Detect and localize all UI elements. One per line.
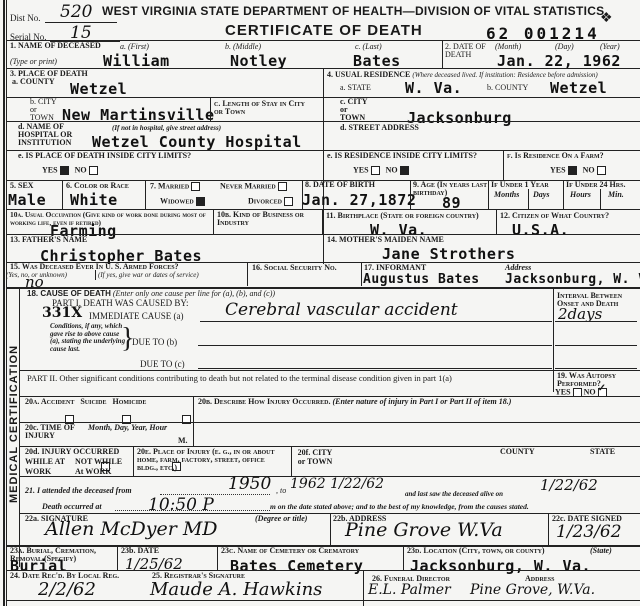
armed-forces-hint2: (If yes, give war or dates of service) (98, 271, 199, 279)
race-label: 6. Color or Race (66, 182, 129, 190)
time-of-injury-hint: Month, Day, Year, Hour (88, 424, 167, 432)
death-certificate: Dist No. 520 Serial No. 15 WEST VIRGINIA… (0, 0, 640, 606)
divorced-checkbox[interactable] (284, 197, 293, 206)
length-of-stay-label: c. Length of Stay in City or Town (214, 100, 314, 116)
last-saw-value: 1/22/62 (540, 476, 598, 494)
day-label: (Day) (555, 43, 574, 51)
residence-state-value: W. Va. (405, 79, 462, 97)
to-label: , to (276, 487, 286, 495)
mother-name-label: 14. MOTHER'S MAIDEN NAME (327, 236, 444, 244)
informant-address-label: Address (505, 264, 531, 272)
street-address-label: d. STREET ADDRESS (340, 124, 419, 132)
death-occurred-rest: m on the date stated above; and to the b… (270, 503, 529, 511)
death-county-label: a. COUNTY (12, 78, 55, 86)
disposition-date-label: 23b. DATE (121, 547, 159, 555)
death-city-limits-yes-checkbox[interactable] (60, 166, 69, 175)
attended-label: 21. I attended the deceased from (25, 487, 132, 495)
medical-certification-sidebar: MEDICAL CERTIFICATION (4, 300, 18, 570)
business-label: 10b. Kind of Business or Industry (217, 211, 307, 227)
married-label: 7. Married (150, 182, 200, 191)
never-married-label: Never Married (220, 182, 287, 191)
informant-value: Augustus Bates (363, 272, 480, 287)
last-name-label: c. (Last) (355, 43, 382, 51)
first-name-label: a. (First) (120, 43, 149, 51)
date-of-death-label: 2. DATE OF DEATH (445, 43, 500, 59)
birthplace-label: 11. Birthplace (State or foreign country… (326, 212, 479, 220)
sex-value: Male (8, 191, 46, 209)
month-label: (Month) (495, 43, 521, 51)
residence-city-value: Jacksonburg (407, 109, 512, 127)
registrar-signature-value: Maude A. Hawkins (150, 579, 322, 600)
cemetery-state-label: (State) (590, 547, 612, 555)
injury-occurred-label: 20d. INJURY OCCURRED (25, 448, 119, 456)
death-city-limits-checkboxes: YES NO (42, 166, 98, 175)
usual-residence-label: 4. USUAL RESIDENCE (Where deceased lived… (327, 71, 598, 79)
under-24-hours-label: If Under 24 Hrs. (566, 181, 625, 189)
injury-description-label: 20b. Describe How Injury Occurred. (Ente… (198, 398, 511, 406)
cemetery-label: 23c. Name of Cemetery or Crematory (221, 547, 359, 555)
residence-county-label: b. COUNTY (487, 84, 528, 92)
date-of-birth-label: 8. DATE OF BIRTH (305, 181, 375, 189)
residence-state-label: a. STATE (340, 84, 371, 92)
death-city-limits-no-checkbox[interactable] (89, 166, 98, 175)
residence-city-label: c. CITY or TOWN (340, 98, 370, 122)
death-county-value: Wetzel (70, 80, 127, 98)
attended-from-value: 1950 (228, 474, 271, 494)
informant-label: 17. INFORMANT (364, 264, 426, 272)
item1-label: 1. NAME OF DECEASED (10, 42, 101, 50)
residence-city-limits-label: e. IS RESIDENCE INSIDE CITY LIMITS? (327, 152, 477, 160)
widowed-checkbox[interactable] (196, 197, 205, 206)
residence-city-limits-no-checkbox[interactable] (400, 166, 409, 175)
conditions-note: Conditions, if any, which gave rise to a… (50, 323, 126, 353)
state-seal-icon: ❖ (600, 10, 613, 27)
residence-city-limits-yes-checkbox[interactable] (371, 166, 380, 175)
signature-value: Allen McDyer MD (45, 518, 218, 540)
cemetery-location-value: Jacksonburg, W. Va. (410, 557, 591, 575)
hours-label: Hours (570, 191, 591, 199)
agency-heading: WEST VIRGINIA STATE DEPARTMENT OF HEALTH… (102, 4, 604, 18)
funeral-director-value: E.L. Palmer (368, 582, 451, 598)
attended-to-value: 1962 1/22/62 (290, 476, 384, 492)
days-label: Days (533, 191, 549, 199)
part2-label: PART II. Other significant conditions co… (27, 374, 452, 382)
year-label: (Year) (600, 43, 620, 51)
not-while-at-work-label: NOT WHILE At WORK (75, 457, 130, 477)
race-value: White (70, 191, 118, 209)
due-to-c-label: DUE TO (c) (140, 360, 185, 368)
time-of-injury-label: 20c. TIME OF INJURY (25, 424, 75, 440)
middle-name-label: b. (Middle) (225, 43, 261, 51)
injury-state-label: STATE (590, 448, 615, 456)
sex-label: 5. SEX (10, 182, 34, 190)
immediate-cause-label: IMMEDIATE CAUSE (a) (89, 312, 184, 320)
hospital-hint: (If not in hospital, give street address… (112, 124, 221, 132)
cemetery-location-label: 23d. Location (City, town, or county) (407, 547, 545, 555)
under-one-year-label: If Under 1 Year (491, 181, 549, 189)
married-checkbox[interactable] (191, 182, 200, 191)
time-of-injury-m: M. (178, 437, 188, 445)
hospital-value: Wetzel County Hospital (92, 133, 302, 151)
death-time-value: 10:50 P (148, 495, 214, 515)
immediate-cause-value: Cerebral vascular accident (225, 300, 458, 320)
death-city-limits-label: e. IS PLACE OF DEATH INSIDE CITY LIMITS? (18, 152, 191, 160)
place-of-injury-label: 20e. Place of Injury (e. g., in or about… (137, 448, 287, 472)
funeral-director-address-value: Pine Grove, W.Va. (470, 582, 595, 598)
degree-label: (Degree or title) (255, 515, 307, 523)
certificate-title: CERTIFICATE OF DEATH (225, 22, 423, 39)
dist-no-label: Dist No. (10, 14, 41, 22)
never-married-checkbox[interactable] (278, 182, 287, 191)
farm-yes-checkbox[interactable] (568, 166, 577, 175)
death-occurred-label: Death occurred at (42, 503, 102, 511)
date-signed-value: 1/23/62 (556, 522, 622, 542)
injury-type-label: 20a. Accident Suicide Homicide (25, 398, 146, 406)
injury-county-label: COUNTY (500, 448, 535, 456)
months-label: Months (494, 191, 519, 199)
father-name-label: 13. FATHER'S NAME (10, 236, 87, 244)
informant-address-value: Jacksonburg, W. Va. (505, 272, 640, 287)
mother-name-value: Jane Strothers (382, 245, 515, 263)
farm-no-checkbox[interactable] (597, 166, 606, 175)
due-to-b-label: DUE TO (b) (132, 338, 177, 346)
residence-city-limits-checkboxes: YES NO (353, 166, 409, 175)
minutes-label: Min. (608, 191, 624, 199)
cemetery-value: Bates Cemetery (230, 557, 363, 575)
farm-checkboxes: YES NO (550, 166, 606, 175)
injury-city-label: 20f. CITY or TOWN (295, 448, 335, 466)
date-of-birth-value: Jan. 27,1872 (302, 191, 416, 209)
divorced-label: Divorced (248, 197, 293, 206)
signer-address-value: Pine Grove W.Va (345, 519, 503, 541)
cause-of-death-label: 18. CAUSE OF DEATH (Enter only one cause… (27, 290, 275, 298)
residence-county-value: Wetzel (550, 79, 607, 97)
cause-code: 331X (42, 305, 82, 321)
farm-label: f. Is Residence On a Farm? (507, 152, 604, 160)
citizenship-label: 12. Citizen of What Country? (500, 212, 609, 220)
while-at-work-label: WHILE AT WORK (25, 457, 75, 477)
hospital-label: d. NAME OF HOSPITAL OR INSTITUTION (18, 123, 93, 147)
date-received-value: 2/2/62 (38, 579, 96, 600)
dist-no-value: 520 (60, 2, 92, 22)
death-city-label: b. CITY or TOWN (30, 98, 62, 122)
citizenship-value: U.S.A. (512, 221, 569, 239)
widowed-label: Widowed (160, 197, 205, 206)
last-saw-label: and last saw the deceased alive on (405, 490, 503, 498)
social-security-label: 16. Social Security No. (252, 264, 337, 272)
item1-hint: (Type or print) (10, 58, 57, 66)
